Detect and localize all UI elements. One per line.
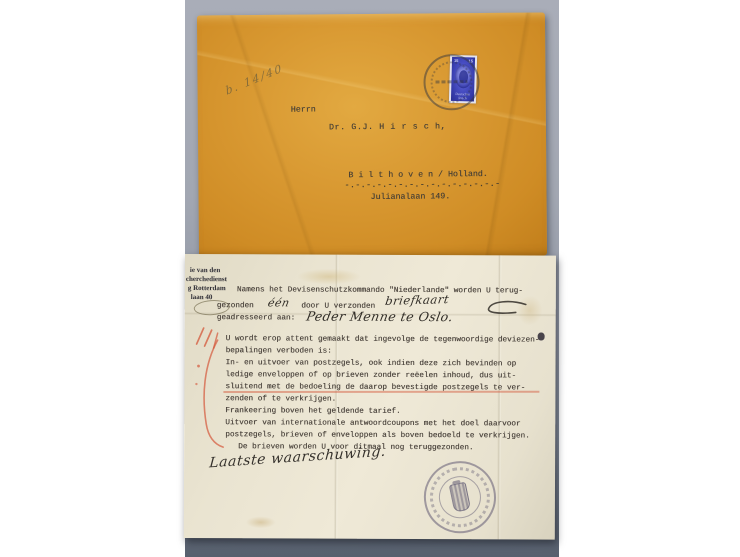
paper-stain [297,268,361,284]
official-seal-stamp [417,455,502,540]
red-pencil-marks [186,324,233,452]
letter-paper: ie van den cherchedienst g Rotterdam laa… [184,254,556,540]
photo-canvas: b. 14/40 15 15 Deutsches Reich Herrn Dr.… [0,0,740,557]
address-salutation: Herrn [291,105,316,114]
letter-body: U wordt erop attent gemaakt dat ingevolg… [225,333,539,454]
paper-stain [246,516,276,528]
address-city: B i l t h o v e n / Holland. [348,170,487,180]
handwritten-word: briefkaart [385,292,451,308]
typed-text: geadresseerd aan: [217,312,295,324]
address-underline: -.-.-.-.-.-.-.-.-.-.-.-.-.-.- [344,180,500,190]
handwritten-bracket-mark [484,299,528,317]
address-street: Julianalaan 149. [371,192,451,202]
table-surface-background: b. 14/40 15 15 Deutsches Reich Herrn Dr.… [185,0,559,557]
intro-line-3: geadresseerd aan: Peder Menne te Oslo. [217,307,454,325]
postmark-icon [423,54,479,110]
letterhead-line: g Rotterdam [186,284,227,293]
letterhead-line: cherchedienst [186,275,227,284]
letterhead-line: ie van den [186,266,227,275]
address-name: Dr. G.J. H i r s c h, [329,122,446,132]
envelope: b. 14/40 15 15 Deutsches Reich Herrn Dr.… [197,12,547,258]
handwritten-addressee: Peder Menne te Oslo. [306,309,455,325]
envelope-pencil-note: b. 14/40 [224,61,284,98]
